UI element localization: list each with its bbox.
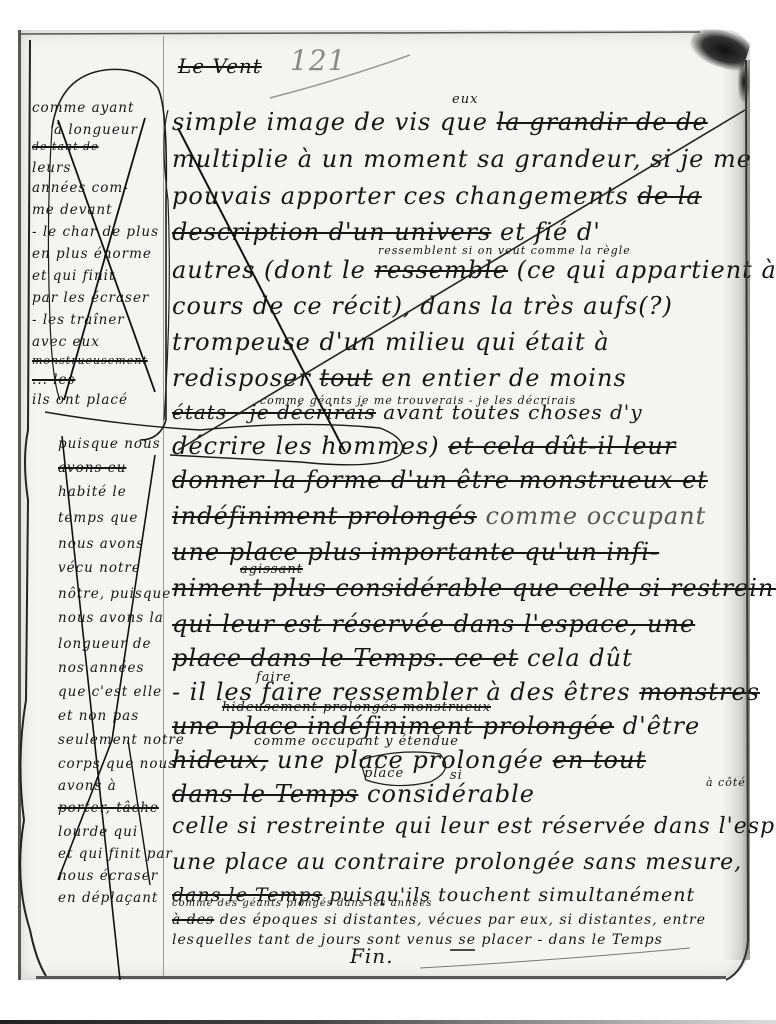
torn-edge <box>20 40 46 976</box>
cancellation-stroke <box>178 110 745 450</box>
folio-swoosh <box>270 55 410 98</box>
margin-cancel-stroke <box>64 118 145 400</box>
ink-strokes-layer <box>0 0 776 1024</box>
cancellation-stroke <box>178 128 345 452</box>
margin-cancel-stroke <box>128 740 150 885</box>
enclosing-loop <box>48 128 60 400</box>
page-top-edge <box>20 32 700 34</box>
page-right-edge <box>726 60 748 980</box>
margin-cancel-stroke <box>62 436 120 980</box>
enclosing-loop <box>45 412 403 465</box>
margin-cancel-stroke <box>58 120 155 392</box>
margin-cancel-stroke <box>58 455 155 880</box>
enclosing-loop <box>360 752 446 786</box>
pencil-stroke <box>420 948 690 968</box>
